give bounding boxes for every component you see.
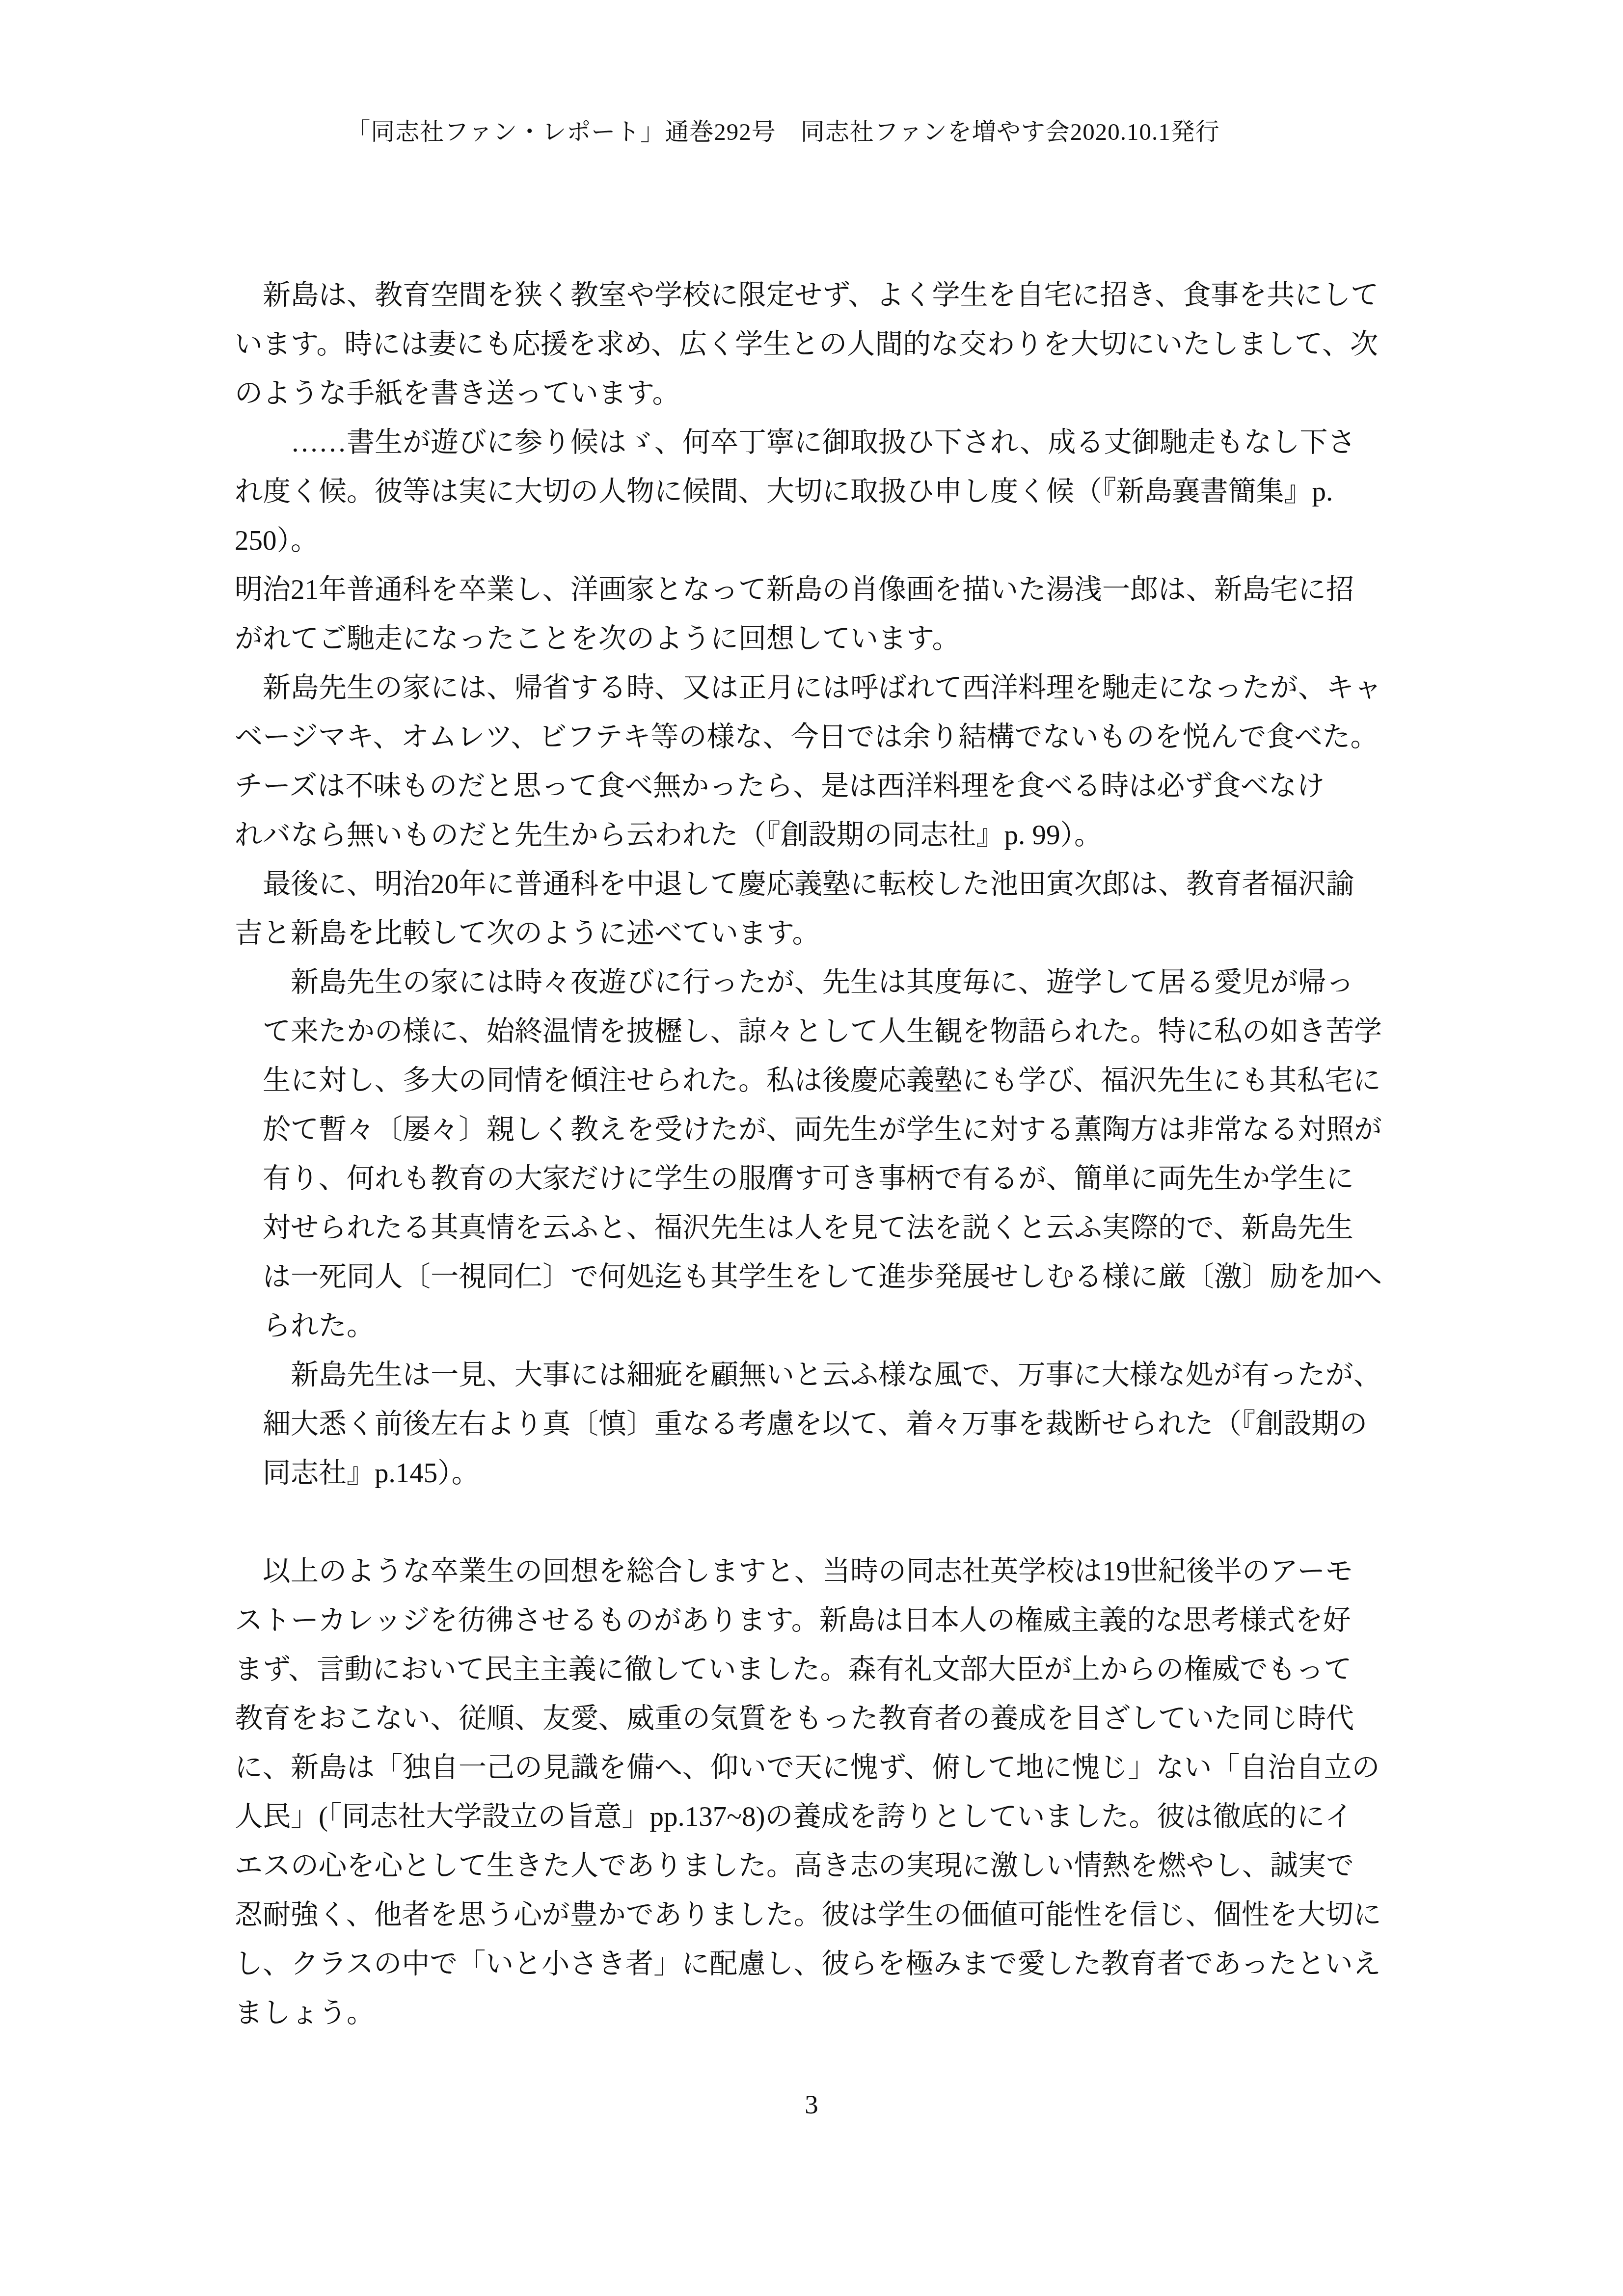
text-line: のような手紙を書き送っています。 [235, 369, 1437, 418]
text-line: ましょう。 [235, 1989, 1437, 2038]
text-line: 新島は、教育空間を狭く教室や学校に限定せず、よく学生を自宅に招き、食事を共にして [235, 271, 1437, 320]
text-line: 教育をおこない、従順、友愛、威重の気質をもった教育者の養成を目ざしていた同じ時代 [235, 1694, 1437, 1743]
text-line: 明治21年普通科を卒業し、洋画家となって新島の肖像画を描いた湯浅一郎は、新島宅に… [235, 565, 1437, 614]
text-line: チーズは不味ものだと思って食べ無かったら、是は西洋料理を食べる時は必ず食べなけ [235, 762, 1437, 811]
text-line: 於て暫々〔屡々〕親しく教えを受けたが、両先生が学生に対する薫陶方は非常なる対照が [235, 1105, 1437, 1154]
text-line: 細大悉く前後左右より真〔慎〕重なる考慮を以て、着々万事を裁断せられた（『創設期の [235, 1400, 1437, 1449]
text-line: ストーカレッジを彷彿させるものがあります。新島は日本人の権威主義的な思考様式を好 [235, 1596, 1437, 1645]
text-line: います。時には妻にも応援を求め、広く学生との人間的な交わりを大切にいたしまして、… [235, 320, 1437, 369]
text-line: 有り、何れも教育の大家だけに学生の服膺す可き事柄で有るが、簡単に両先生か学生に [235, 1154, 1437, 1203]
text-line: ……書生が遊びに参り候はゞ、何卒丁寧に御取扱ひ下され、成る丈御馳走もなし下さ [235, 418, 1437, 467]
text-line: 対せられたる其真情を云ふと、福沢先生は人を見て法を説くと云ふ実際的で、新島先生 [235, 1203, 1437, 1253]
text-line: 同志社』p.145）。 [235, 1449, 1437, 1498]
text-line: 吉と新島を比較して次のように述べています。 [235, 909, 1437, 958]
text-line [235, 1498, 1437, 1547]
document-page: 「同志社ファン・レポート」通巻292号 同志社ファンを増やす会2020.10.1… [0, 0, 1623, 2296]
page-number: 3 [0, 2090, 1623, 2119]
text-line: 生に対し、多大の同情を傾注せられた。私は後慶応義塾にも学び、福沢先生にも其私宅に [235, 1056, 1437, 1105]
document-body: 新島は、教育空間を狭く教室や学校に限定せず、よく学生を自宅に招き、食事を共にして… [235, 271, 1437, 2038]
text-line: 新島先生の家には時々夜遊びに行ったが、先生は其度毎に、遊学して居る愛児が帰っ [235, 958, 1437, 1007]
text-line: 人民」(「同志社大学設立の旨意」pp.137~8)の養成を誇りとしていました。彼… [235, 1792, 1437, 1842]
page-header: 「同志社ファン・レポート」通巻292号 同志社ファンを増やす会2020.10.1… [0, 117, 1595, 147]
text-line: て来たかの様に、始終温情を披櫪し、諒々として人生観を物語られた。特に私の如き苦学 [235, 1007, 1437, 1056]
text-line: がれてご馳走になったことを次のように回想しています。 [235, 614, 1437, 664]
text-line: エスの心を心として生きた人でありました。高き志の実現に激しい情熱を燃やし、誠実で [235, 1842, 1437, 1891]
text-line: 忍耐強く、他者を思う心が豊かでありました。彼は学生の価値可能性を信じ、個性を大切… [235, 1891, 1437, 1940]
text-line: れ度く候。彼等は実に大切の人物に候間、大切に取扱ひ申し度く候（『新島襄書簡集』p… [235, 467, 1437, 516]
text-line: に、新島は「独自一己の見識を備へ、仰いで天に愧ず、俯して地に愧じ」ない「自治自立… [235, 1743, 1437, 1792]
text-line: し、クラスの中で「いと小さき者」に配慮し、彼らを極みまで愛した教育者であったとい… [235, 1940, 1437, 1989]
text-line: は一死同人〔一視同仁〕で何処迄も其学生をして進歩発展せしむる様に厳〔激〕励を加へ [235, 1253, 1437, 1302]
text-line: られた。 [235, 1302, 1437, 1351]
text-line: 新島先生は一見、大事には細疵を顧無いと云ふ様な風で、万事に大様な処が有ったが、 [235, 1351, 1437, 1400]
text-line: まず、言動において民主主義に徹していました。森有礼文部大臣が上からの権威でもって [235, 1645, 1437, 1694]
text-line: 以上のような卒業生の回想を総合しますと、当時の同志社英学校は19世紀後半のアーモ [235, 1547, 1437, 1596]
text-line: 250）。 [235, 516, 1437, 565]
text-line: れバなら無いものだと先生から云われた（『創設期の同志社』p. 99）。 [235, 811, 1437, 860]
text-line: 新島先生の家には、帰省する時、又は正月には呼ばれて西洋料理を馳走になったが、キャ [235, 664, 1437, 713]
text-line: ベージマキ、オムレツ、ビフテキ等の様な、今日では余り結構でないものを悦んで食べた… [235, 713, 1437, 762]
text-line: 最後に、明治20年に普通科を中退して慶応義塾に転校した池田寅次郎は、教育者福沢諭 [235, 860, 1437, 909]
